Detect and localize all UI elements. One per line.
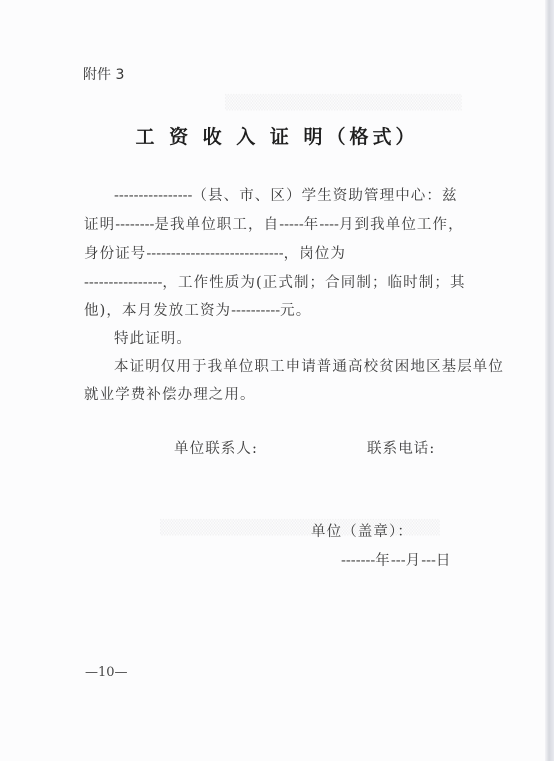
body-text: 年 (304, 217, 320, 233)
body-text: ，工作性质为(正式制；合同制；临时制；其 (162, 275, 465, 291)
body-line-2: 证明--------是我单位职工，自-----年----月到我单位工作， (84, 213, 464, 234)
blank-county[interactable]: ---------------- (114, 188, 192, 204)
bleed-through-text: ▒▒▒▒▒▒▒▒▒▒▒▒▒▒▒▒▒▒▒▒▒▒ (225, 95, 462, 111)
date-month-label: 月 (406, 553, 422, 569)
document-title: 工 资 收 入 证 明（格式） (0, 122, 554, 149)
blank-start-month[interactable]: ---- (319, 217, 339, 233)
body-line-1: ----------------（县、市、区）学生资助管理中心：兹 (114, 184, 458, 205)
seal-label: 单位（盖章）： (311, 520, 413, 541)
body-line-3: 身份证号----------------------------，岗位为 (84, 242, 346, 263)
contact-person-label: 单位联系人: (174, 437, 258, 458)
attachment-label: 附件 3 (83, 64, 124, 84)
document-page: ▒▒▒▒▒▒▒▒▒▒▒▒▒▒▒▒▒▒▒▒▒▒ ▒▒▒▒▒▒▒▒▒▒▒▒▒▒▒▒▒… (0, 0, 554, 761)
body-text: 元。 (280, 303, 311, 319)
date-day-label: 日 (436, 553, 452, 569)
body-line-5: 他)，本月发放工资为----------元。 (84, 299, 311, 320)
body-line-6: 特此证明。 (114, 327, 192, 348)
body-text: 证明 (84, 217, 115, 233)
body-text: 月到我单位工作， (339, 217, 464, 233)
body-text: 身份证号 (84, 246, 146, 262)
body-line-8: 就业学费补偿办理之用。 (84, 383, 256, 404)
blank-date-day[interactable]: --- (421, 553, 436, 569)
blank-employee-name[interactable]: -------- (115, 217, 154, 233)
body-line-7: 本证明仅用于我单位职工申请普通高校贫困地区基层单位 (114, 355, 504, 376)
contact-phone-label: 联系电话: (367, 437, 435, 458)
blank-id-number[interactable]: ---------------------------- (146, 246, 283, 262)
blank-date-month[interactable]: --- (391, 553, 406, 569)
body-text: ，岗位为 (284, 246, 346, 262)
body-line-4: ----------------，工作性质为(正式制；合同制；临时制；其 (84, 271, 466, 292)
blank-date-year[interactable]: ------- (341, 553, 375, 569)
page-number: —10— (85, 665, 128, 680)
body-text: （县、市、区）学生资助管理中心：兹 (192, 188, 457, 204)
blank-start-year[interactable]: ----- (279, 217, 304, 233)
body-text: 他)，本月发放工资为 (84, 303, 231, 319)
date-year-label: 年 (375, 553, 391, 569)
blank-salary[interactable]: ---------- (231, 303, 280, 319)
date-line: -------年---月---日 (341, 549, 452, 570)
blank-position[interactable]: ---------------- (84, 275, 162, 291)
page-edge-shadow (545, 0, 554, 761)
body-text: 是我单位职工，自 (154, 217, 279, 233)
